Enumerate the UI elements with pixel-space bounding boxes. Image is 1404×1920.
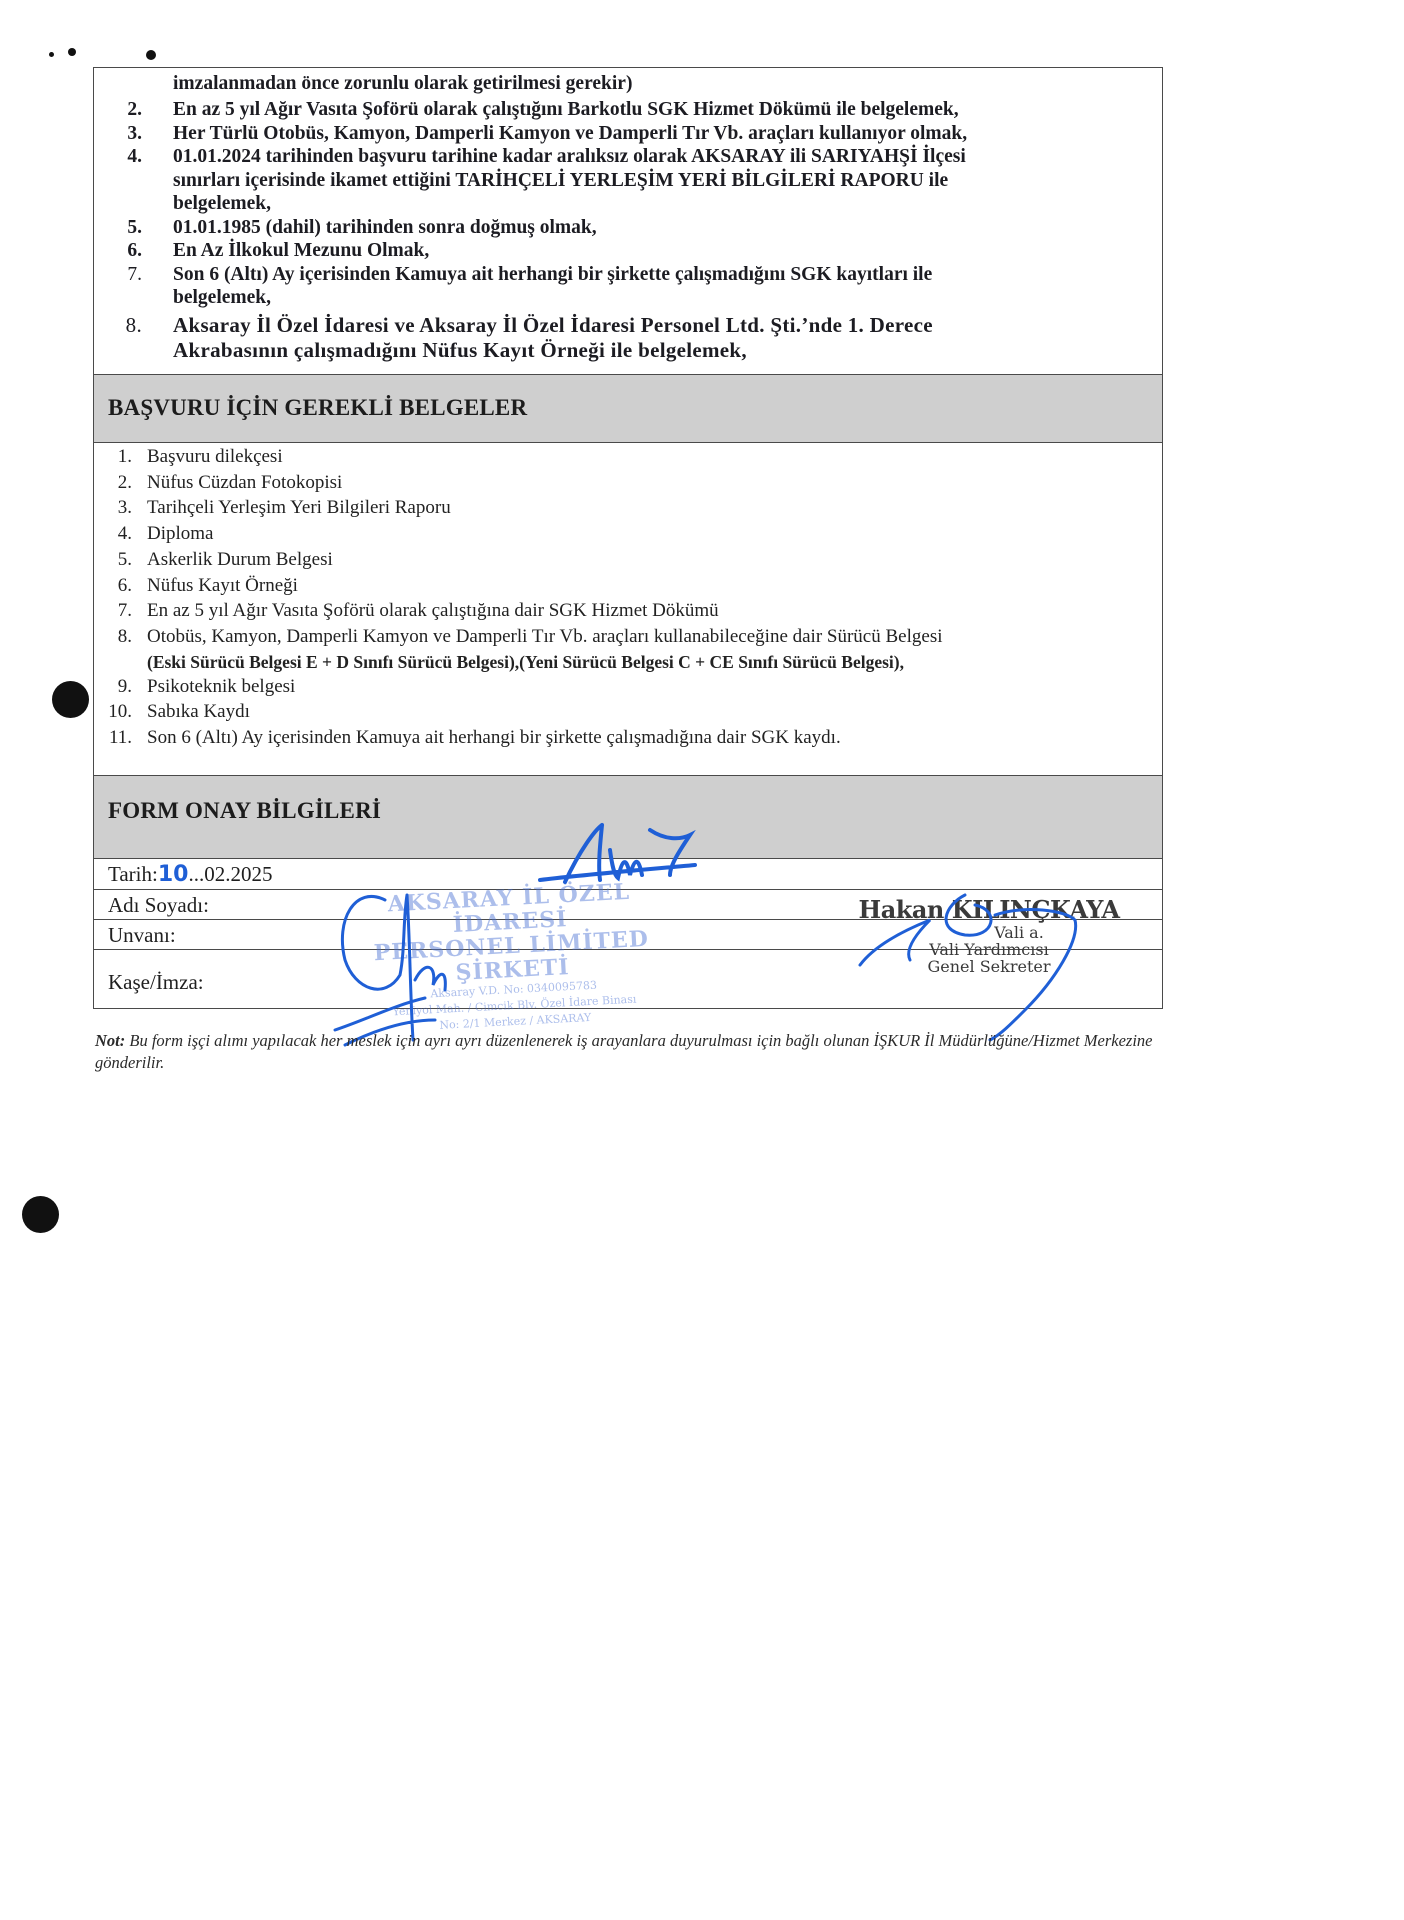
- document-text: Sabıka Kaydı: [147, 701, 250, 723]
- requirement-text: Aksaray İl Özel İdaresi ve Aksaray İl Öz…: [173, 313, 933, 338]
- name-label: Adı Soyadı:: [108, 893, 209, 918]
- document-number: 9.: [102, 676, 132, 698]
- requirement-text: Akrabasının çalışmadığını Nüfus Kayıt Ör…: [173, 338, 747, 363]
- document-number: 4.: [102, 523, 132, 545]
- scan-speck: [146, 50, 156, 60]
- signer-line: Vali Yardımcısı: [829, 941, 1149, 958]
- requirement-number: 3.: [114, 123, 142, 145]
- signer-line: Genel Sekreter: [829, 958, 1149, 975]
- document-text: Son 6 (Altı) Ay içerisinden Kamuya ait h…: [147, 727, 841, 749]
- document-number: 2.: [102, 472, 132, 494]
- document-text: Otobüs, Kamyon, Damperli Kamyon ve Dampe…: [147, 626, 943, 648]
- document-number: 1.: [102, 446, 132, 468]
- signer-block: Hakan KILINÇKAYA Vali a. Vali Yardımcısı…: [829, 895, 1149, 975]
- document-number: 10.: [102, 701, 132, 723]
- document-number: 3.: [102, 497, 132, 519]
- requirement-text: Her Türlü Otobüs, Kamyon, Damperli Kamyo…: [173, 123, 967, 145]
- stamp-label: Kaşe/İmza:: [108, 970, 204, 995]
- requirement-number: 5.: [114, 217, 142, 239]
- requirement-number: 2.: [114, 99, 142, 121]
- title-label: Unvanı:: [108, 923, 176, 948]
- requirement-number: 4.: [114, 146, 142, 168]
- requirements-section: imzalanmadan önce zorunlu olarak getiril…: [94, 68, 1162, 374]
- form-approval-title: FORM ONAY BİLGİLERİ: [108, 798, 381, 824]
- documents-header: BAŞVURU İÇİN GEREKLİ BELGELER: [94, 374, 1162, 443]
- signer-line: Vali a.: [829, 924, 1149, 941]
- requirement-continuation: imzalanmadan önce zorunlu olarak getiril…: [173, 73, 632, 95]
- document-text: Nüfus Kayıt Örneği: [147, 575, 298, 597]
- document-number: 5.: [102, 549, 132, 571]
- requirement-number: 7.: [114, 264, 142, 286]
- requirement-text: En az 5 yıl Ağır Vasıta Şoförü olarak ça…: [173, 99, 959, 121]
- documents-title: BAŞVURU İÇİN GEREKLİ BELGELER: [108, 395, 527, 421]
- requirement-text: Son 6 (Altı) Ay içerisinden Kamuya ait h…: [173, 264, 932, 286]
- requirement-text: belgelemek,: [173, 287, 271, 309]
- requirement-text: 01.01.1985 (dahil) tarihinden sonra doğm…: [173, 217, 597, 239]
- document-text: Psikoteknik belgesi: [147, 676, 295, 698]
- document-number: 6.: [102, 575, 132, 597]
- signer-name: Hakan KILINÇKAYA: [829, 895, 1149, 924]
- requirement-text: belgelemek,: [173, 193, 271, 215]
- company-stamp: AKSARAY İL ÖZEL İDARESİ PERSONEL LİMİTED…: [358, 878, 665, 1038]
- requirement-text: En Az İlkokul Mezunu Olmak,: [173, 240, 429, 262]
- requirement-number: 8.: [114, 313, 142, 338]
- document-text: Diploma: [147, 523, 214, 545]
- date-label: Tarih:10...02.2025: [108, 862, 272, 887]
- document-text: Nüfus Cüzdan Fotokopisi: [147, 472, 342, 494]
- document-number: 7.: [102, 600, 132, 622]
- scan-speck: [49, 52, 54, 57]
- requirement-text: sınırları içerisinde ikamet ettiğini TAR…: [173, 170, 948, 192]
- note-label: Not:: [95, 1031, 125, 1050]
- punch-hole-mark: [22, 1196, 59, 1233]
- date-label-text: Tarih:: [108, 862, 158, 886]
- requirement-text: imzalanmadan önce zorunlu olarak getiril…: [173, 73, 632, 94]
- document-number: 11.: [102, 727, 132, 749]
- requirement-text: 01.01.2024 tarihinden başvuru tarihine k…: [173, 146, 966, 168]
- document-text: Başvuru dilekçesi: [147, 446, 283, 468]
- requirement-number: 6.: [114, 240, 142, 262]
- scan-speck: [68, 48, 76, 56]
- date-handwritten-day: 10: [158, 862, 189, 887]
- documents-section: 1.Başvuru dilekçesi2.Nüfus Cüzdan Fotoko…: [94, 443, 1162, 775]
- date-printed: ...02.2025: [188, 862, 272, 886]
- application-form-table: imzalanmadan önce zorunlu olarak getiril…: [93, 67, 1163, 1009]
- note-text: Bu form işçi alımı yapılacak her meslek …: [95, 1031, 1153, 1072]
- footer-note: Not: Bu form işçi alımı yapılacak her me…: [95, 1030, 1175, 1074]
- document-subtext: (Eski Sürücü Belgesi E + D Sınıfı Sürücü…: [147, 652, 904, 673]
- form-approval-header: FORM ONAY BİLGİLERİ: [94, 775, 1162, 859]
- document-text: Askerlik Durum Belgesi: [147, 549, 333, 571]
- document-text: Tarihçeli Yerleşim Yeri Bilgileri Raporu: [147, 497, 451, 519]
- document-number: 8.: [102, 626, 132, 648]
- punch-hole-mark: [52, 681, 89, 718]
- document-text: En az 5 yıl Ağır Vasıta Şoförü olarak ça…: [147, 600, 719, 622]
